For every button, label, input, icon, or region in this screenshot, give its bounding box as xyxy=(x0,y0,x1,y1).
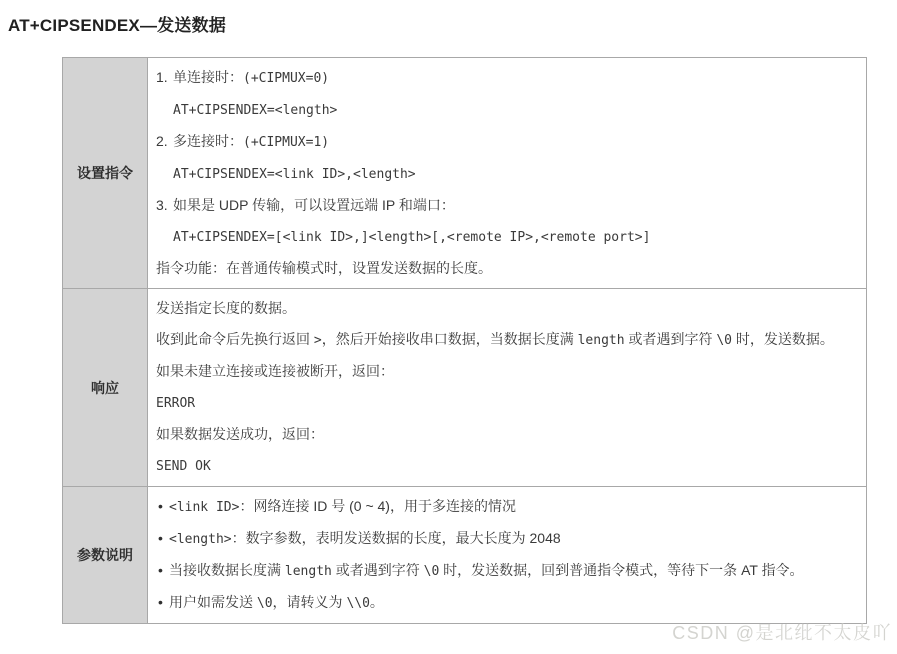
bullet-icon: • xyxy=(156,587,169,618)
content-line: •当接收数据长度满 length 或者遇到字符 \0 时，发送数据，回到普通指令… xyxy=(156,555,852,587)
inline-code: \\0 xyxy=(346,596,369,611)
inline-text: 时，发送数据，回到普通指令模式，等待下一条 AT 指令。 xyxy=(439,562,803,578)
inline-text: ，然后开始接收串口数据，当数据长度满 xyxy=(322,331,578,347)
inline-code: > xyxy=(314,333,322,348)
inline-code: (+CIPMUX=1) xyxy=(243,135,329,150)
content-line: 发送指定长度的数据。 xyxy=(156,293,852,324)
row-content: 1.单连接时：(+CIPMUX=0)AT+CIPSENDEX=<length>2… xyxy=(148,58,866,288)
inline-code: \0 xyxy=(716,333,732,348)
inline-code: (+CIPMUX=0) xyxy=(243,71,329,86)
row-content: •<link ID>：网络连接 ID 号 (0 ~ 4)，用于多连接的情况•<l… xyxy=(148,487,866,623)
content-line: •用户如需发送 \0，请转义为 \\0。 xyxy=(156,587,852,619)
inline-text: 收到此命令后先换行返回 xyxy=(156,331,314,347)
inline-text: 或者遇到字符 xyxy=(332,562,424,578)
row-label: 参数说明 xyxy=(63,487,148,623)
inline-text: 时，发送数据。 xyxy=(732,331,834,347)
bullet-icon: • xyxy=(156,491,169,522)
command-table: 设置指令1.单连接时：(+CIPMUX=0)AT+CIPSENDEX=<leng… xyxy=(62,57,867,624)
inline-text: 多连接时： xyxy=(173,133,243,149)
inline-code: length xyxy=(285,564,332,579)
inline-text: ：网络连接 ID 号 (0 ~ 4)，用于多连接的情况 xyxy=(239,498,516,514)
content-line: 2.多连接时：(+CIPMUX=1) xyxy=(156,126,852,158)
row-label: 响应 xyxy=(63,289,148,486)
inline-code: SEND OK xyxy=(156,459,211,474)
content-line: 1.单连接时：(+CIPMUX=0) xyxy=(156,62,852,94)
table-row: 参数说明•<link ID>：网络连接 ID 号 (0 ~ 4)，用于多连接的情… xyxy=(63,487,866,624)
inline-text: 单连接时： xyxy=(173,69,243,85)
inline-text: 用户如需发送 xyxy=(169,594,257,610)
page: { "page": { "title": "AT+CIPSENDEX—发送数据"… xyxy=(0,0,897,654)
content-line: 指令功能：在普通传输模式时，设置发送数据的长度。 xyxy=(156,253,852,284)
bullet-icon: • xyxy=(156,523,169,554)
inline-text: 如果是 UDP 传输，可以设置远端 IP 和端口： xyxy=(173,197,455,213)
inline-text: 如果数据发送成功，返回： xyxy=(156,426,324,442)
inline-text: 指令功能：在普通传输模式时，设置发送数据的长度。 xyxy=(156,260,492,276)
list-number: 1. xyxy=(156,62,173,93)
content-line: ERROR xyxy=(156,387,852,419)
content-line: 3.如果是 UDP 传输，可以设置远端 IP 和端口： xyxy=(156,190,852,221)
inline-text: 当接收数据长度满 xyxy=(169,562,285,578)
csdn-watermark: CSDN @是北纰不太皮吖 xyxy=(672,619,892,645)
inline-code: AT+CIPSENDEX=[<link ID>,]<length>[,<remo… xyxy=(173,230,650,245)
bullet-icon: • xyxy=(156,555,169,586)
content-line: AT+CIPSENDEX=[<link ID>,]<length>[,<remo… xyxy=(156,221,852,253)
content-line: 如果未建立连接或连接被断开，返回： xyxy=(156,356,852,387)
inline-text: 或者遇到字符 xyxy=(625,331,717,347)
inline-text: ：数字参数，表明发送数据的长度，最大长度为 2048 xyxy=(232,530,561,546)
row-content: 发送指定长度的数据。收到此命令后先换行返回 >，然后开始接收串口数据，当数据长度… xyxy=(148,289,866,486)
inline-code: <link ID> xyxy=(169,500,239,515)
list-number: 3. xyxy=(156,190,173,221)
content-line: •<link ID>：网络连接 ID 号 (0 ~ 4)，用于多连接的情况 xyxy=(156,491,852,523)
inline-code: <length> xyxy=(169,532,232,547)
inline-text: 。 xyxy=(370,594,384,610)
inline-text: 如果未建立连接或连接被断开，返回： xyxy=(156,363,394,379)
inline-code: AT+CIPSENDEX=<length> xyxy=(173,103,337,118)
inline-text: 发送指定长度的数据。 xyxy=(156,300,296,316)
row-label: 设置指令 xyxy=(63,58,148,288)
list-number: 2. xyxy=(156,126,173,157)
inline-code: \0 xyxy=(257,596,273,611)
page-title: AT+CIPSENDEX—发送数据 xyxy=(8,11,226,36)
inline-code: \0 xyxy=(424,564,440,579)
table-row: 响应发送指定长度的数据。收到此命令后先换行返回 >，然后开始接收串口数据，当数据… xyxy=(63,289,866,487)
table-row: 设置指令1.单连接时：(+CIPMUX=0)AT+CIPSENDEX=<leng… xyxy=(63,58,866,289)
content-line: SEND OK xyxy=(156,450,852,482)
content-line: AT+CIPSENDEX=<length> xyxy=(156,94,852,126)
content-line: 收到此命令后先换行返回 >，然后开始接收串口数据，当数据长度满 length 或… xyxy=(156,324,852,356)
content-line: AT+CIPSENDEX=<link ID>,<length> xyxy=(156,158,852,190)
content-line: •<length>：数字参数，表明发送数据的长度，最大长度为 2048 xyxy=(156,523,852,555)
inline-text: ，请转义为 xyxy=(273,594,347,610)
inline-code: AT+CIPSENDEX=<link ID>,<length> xyxy=(173,167,416,182)
content-line: 如果数据发送成功，返回： xyxy=(156,419,852,450)
inline-code: ERROR xyxy=(156,396,195,411)
inline-code: length xyxy=(578,333,625,348)
